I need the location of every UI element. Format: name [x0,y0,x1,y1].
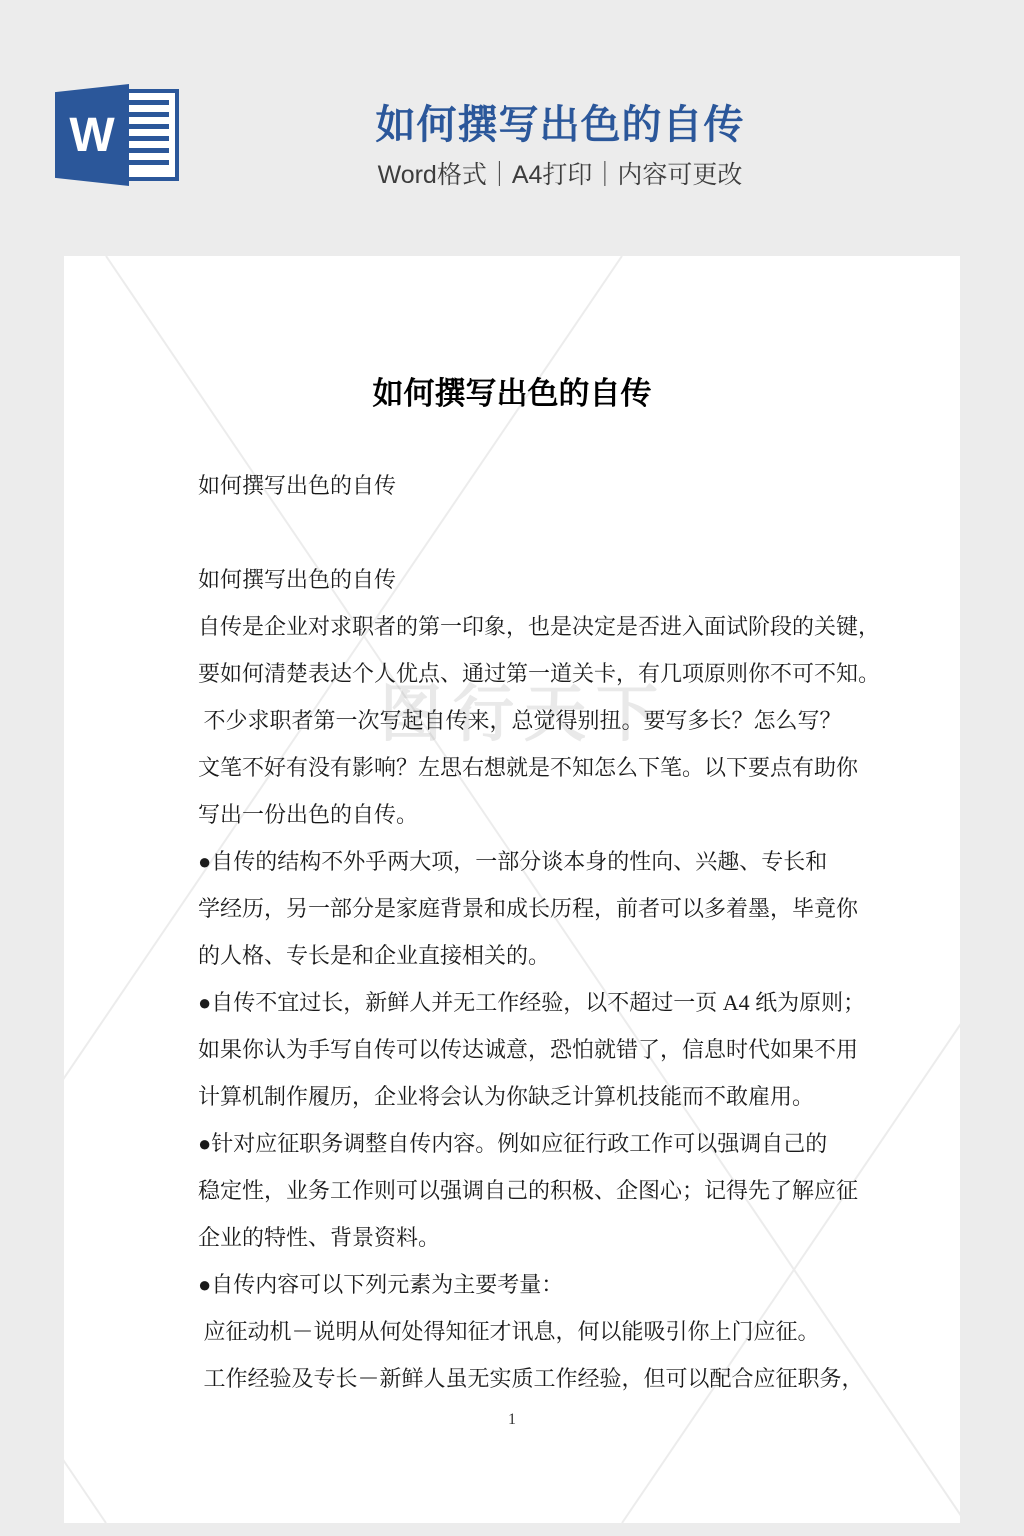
text-line: 自传是企业对求职者的第一印象，也是决定是否进入面试阶段的关键， [198,603,874,650]
document-body: 如何撰写出色的自传 如何撰写出色的自传自传是企业对求职者的第一印象，也是决定是否… [198,462,874,1402]
text-line: ●针对应征职务调整自传内容。例如应征行政工作可以强调自己的 [198,1120,874,1167]
text-line: ●自传不宜过长，新鲜人并无工作经验，以不超过一页 A4 纸为原则； [198,979,874,1026]
header-text-block: 如何撰写出色的自传 Word格式｜A4打印｜内容可更改 [180,0,940,256]
text-line: 计算机制作履历，企业将会认为你缺乏计算机技能而不敢雇用。 [198,1073,874,1120]
template-subtitle: Word格式｜A4打印｜内容可更改 [180,155,940,191]
text-line: 写出一份出色的自传。 [198,791,874,838]
page-number: 1 [64,1411,960,1429]
text-line: 如何撰写出色的自传 [198,462,874,509]
text-line [198,509,874,556]
text-line: 稳定性，业务工作则可以强调自己的积极、企图心；记得先了解应征 [198,1167,874,1214]
text-line: ●自传内容可以下列元素为主要考量： [198,1261,874,1308]
text-line: 不少求职者第一次写起自传来，总觉得别扭。要写多长？怎么写？ [198,697,874,744]
text-line: 如何撰写出色的自传 [198,556,874,603]
text-line: 学经历，另一部分是家庭背景和成长历程，前者可以多着墨，毕竟你 [198,885,874,932]
template-title: 如何撰写出色的自传 [180,93,940,150]
document-title: 如何撰写出色的自传 [64,368,960,413]
word-icon: W [55,84,179,186]
text-line: 应征动机－说明从何处得知征才讯息，何以能吸引你上门应征。 [198,1308,874,1355]
text-line: 企业的特性、背景资料。 [198,1214,874,1261]
text-line: ●自传的结构不外乎两大项，一部分谈本身的性向、兴趣、专长和 [198,838,874,885]
text-line: 文笔不好有没有影响？左思右想就是不知怎么下笔。以下要点有助你 [198,744,874,791]
page-background: W 如何撰写出色的自传 Word格式｜A4打印｜内容可更改 图行天下 如何撰写出… [0,0,1024,1536]
text-line: 工作经验及专长－新鲜人虽无实质工作经验，但可以配合应征职务， [198,1355,874,1402]
document-page: 图行天下 如何撰写出色的自传 如何撰写出色的自传 如何撰写出色的自传自传是企业对… [64,256,960,1523]
word-icon-text-lines [125,100,169,170]
word-icon-letter: W [55,84,129,186]
text-line: 要如何清楚表达个人优点、通过第一道关卡，有几项原则你不可不知。 [198,650,874,697]
template-header: W 如何撰写出色的自传 Word格式｜A4打印｜内容可更改 [0,0,1024,256]
text-line: 如果你认为手写自传可以传达诚意，恐怕就错了，信息时代如果不用 [198,1026,874,1073]
text-line: 的人格、专长是和企业直接相关的。 [198,932,874,979]
